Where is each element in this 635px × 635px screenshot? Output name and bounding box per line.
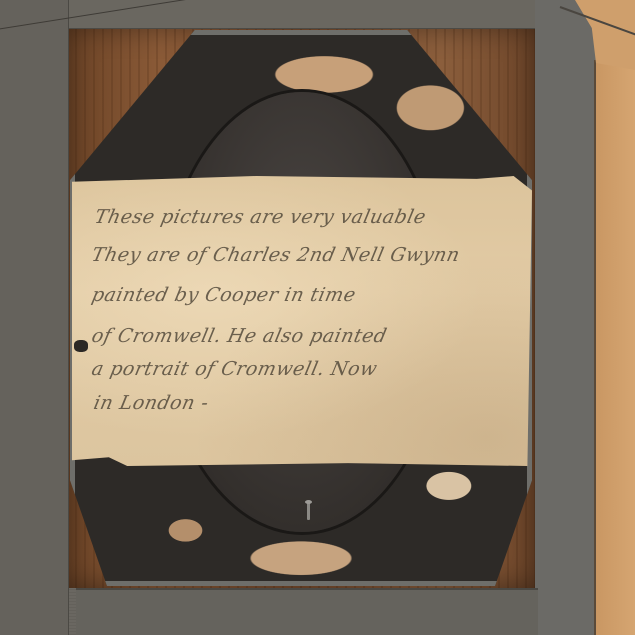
note-line: of Cromwell. He also painted [90,325,389,347]
note-tear-hole [74,340,88,352]
note-line: a portrait of Cromwell. Now [90,358,380,380]
note-line: These pictures are very valuable [93,206,428,228]
note-line: They are of Charles 2nd Nell Gwynn [90,244,462,266]
note-line: painted by Cooper in time [90,284,358,306]
photo-scene: These pictures are very valuable They ar… [0,0,635,635]
note-line: in London - [92,392,211,414]
bottom-mount-strip [76,588,538,635]
left-mount-strip [0,0,69,635]
right-mount-strip [535,0,597,635]
nail [307,502,310,520]
top-mount-strip [66,0,536,29]
kraft-paper-edge [594,60,635,635]
